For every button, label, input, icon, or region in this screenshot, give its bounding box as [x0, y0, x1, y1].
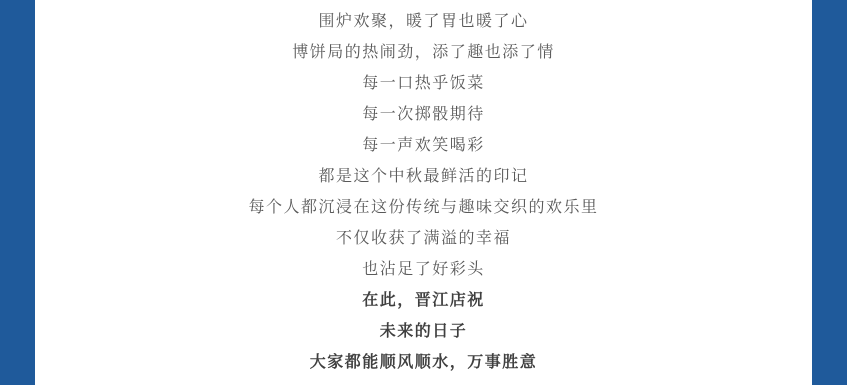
article-page: 围炉欢聚，暖了胃也暖了心 博饼局的热闹劲，添了趣也添了情 每一口热乎饭菜 每一次… [0, 0, 847, 385]
poem-line-6: 都是这个中秋最鲜活的印记 [35, 160, 812, 191]
poem-line-10: 在此，晋江店祝 [35, 284, 812, 315]
right-border-bar [812, 0, 847, 385]
poem-text-block: 围炉欢聚，暖了胃也暖了心 博饼局的热闹劲，添了趣也添了情 每一口热乎饭菜 每一次… [35, 5, 812, 377]
poem-line-12: 大家都能顺风顺水，万事胜意 [35, 346, 812, 377]
poem-line-2: 博饼局的热闹劲，添了趣也添了情 [35, 36, 812, 67]
poem-line-5: 每一声欢笑喝彩 [35, 129, 812, 160]
poem-line-9: 也沾足了好彩头 [35, 253, 812, 284]
poem-line-7: 每个人都沉浸在这份传统与趣味交织的欢乐里 [35, 191, 812, 222]
poem-line-11: 未来的日子 [35, 315, 812, 346]
poem-line-3: 每一口热乎饭菜 [35, 67, 812, 98]
poem-line-1: 围炉欢聚，暖了胃也暖了心 [35, 5, 812, 36]
left-border-bar [0, 0, 35, 385]
poem-line-4: 每一次掷骰期待 [35, 98, 812, 129]
poem-line-8: 不仅收获了满溢的幸福 [35, 222, 812, 253]
